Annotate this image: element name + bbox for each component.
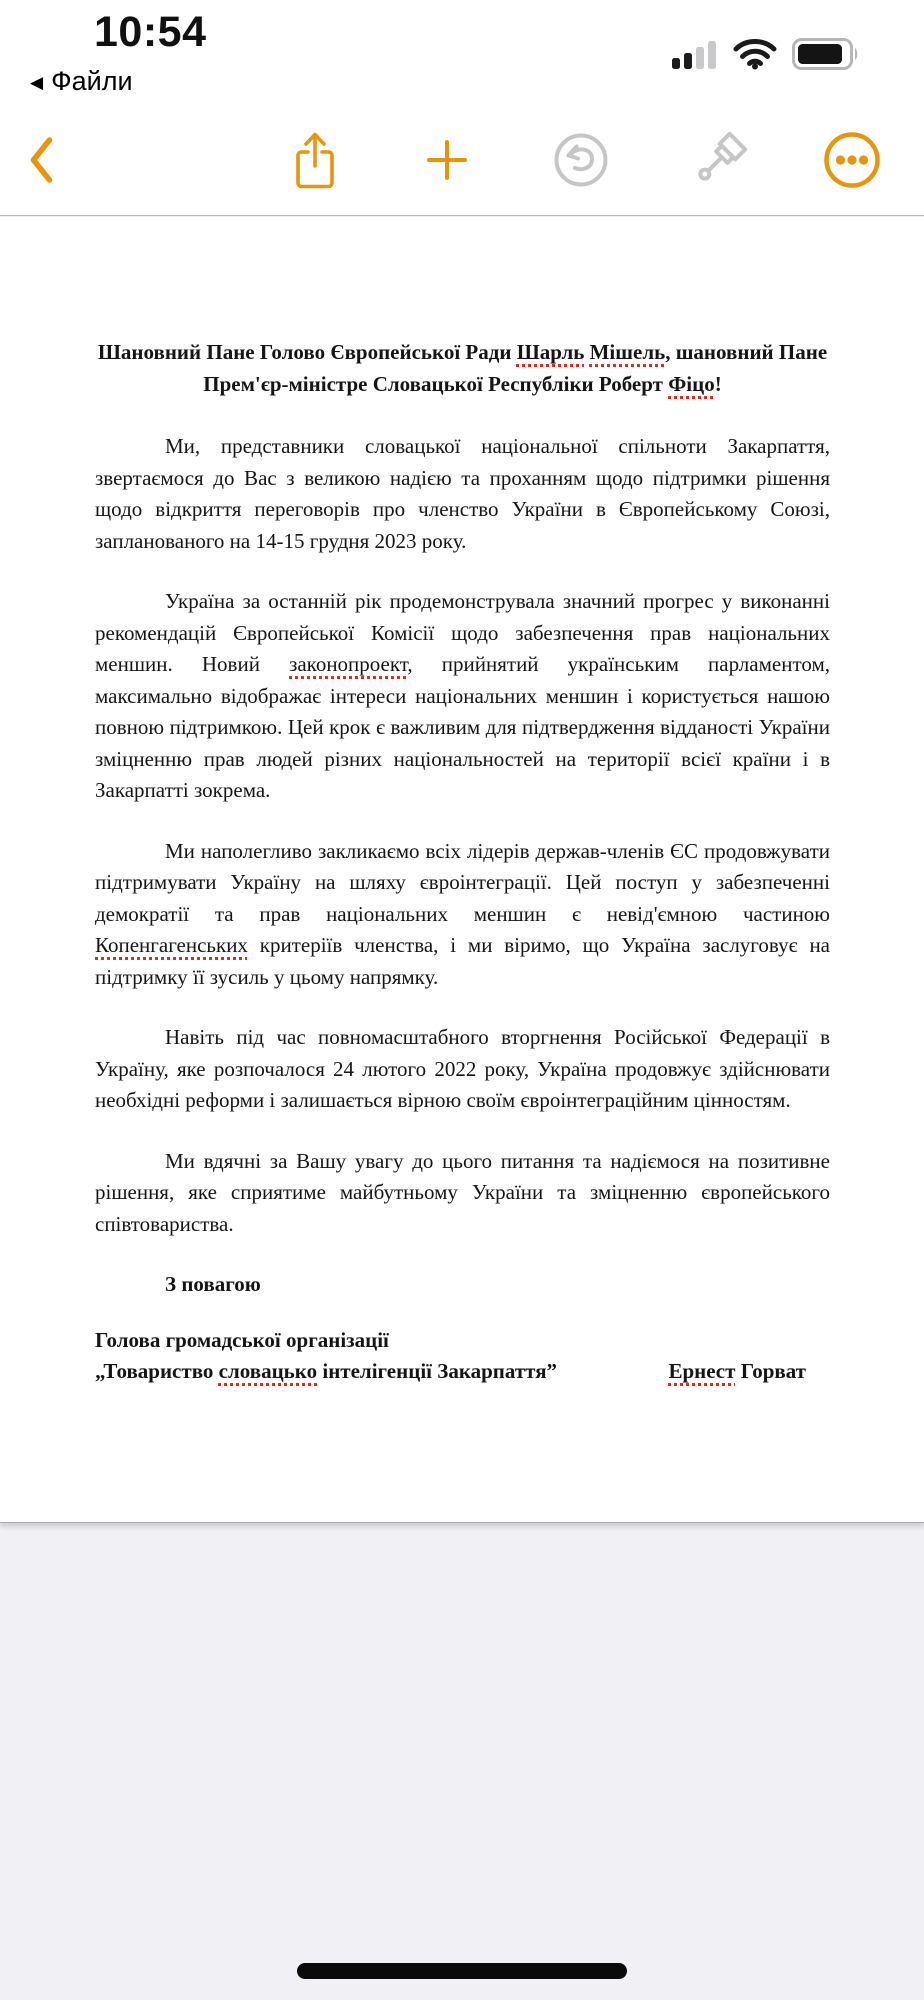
more-ellipsis-icon bbox=[823, 131, 881, 192]
home-indicator[interactable] bbox=[297, 1963, 627, 1979]
add-button[interactable] bbox=[418, 130, 476, 194]
letter-paragraph: Навіть під час повномасштабного вторгнен… bbox=[95, 1022, 830, 1117]
letter-paragraph: Ми наполегливо закликаємо всіх лідерів д… bbox=[95, 836, 830, 994]
letter-paragraph: Україна за останній рік продемонструвала… bbox=[95, 586, 830, 807]
wifi-icon bbox=[733, 38, 777, 75]
letter-closing: З повагою bbox=[95, 1269, 830, 1301]
status-icons bbox=[672, 38, 860, 75]
plus-icon bbox=[426, 139, 468, 184]
undo-button[interactable] bbox=[552, 130, 610, 194]
back-to-files-link[interactable]: ◀ Файли bbox=[30, 66, 133, 97]
letter-paragraph: Ми вдячні за Вашу увагу до цього питання… bbox=[95, 1146, 830, 1241]
signature-role: Голова громадської організації bbox=[95, 1325, 830, 1357]
back-to-files-label: Файли bbox=[51, 66, 132, 97]
status-time: 10:54 bbox=[94, 8, 206, 57]
letter-paragraph: Ми, представники словацької національної… bbox=[95, 431, 830, 557]
toolbar bbox=[0, 108, 924, 216]
cellular-signal-icon bbox=[672, 38, 718, 75]
more-button[interactable] bbox=[823, 130, 881, 194]
letter-body: Шановний Пане Голово Європейської Ради Ш… bbox=[0, 217, 924, 1388]
share-icon bbox=[293, 130, 337, 193]
signature-organization: „Товариство словацько інтелігенції Закар… bbox=[95, 1356, 557, 1388]
battery-icon bbox=[792, 38, 860, 75]
letter-heading: Шановний Пане Голово Європейської Ради Ш… bbox=[95, 337, 830, 400]
iphone-screen: 10:54 ◀ Файли bbox=[0, 0, 924, 2000]
back-triangle-icon: ◀ bbox=[30, 74, 43, 91]
share-button[interactable] bbox=[286, 130, 344, 194]
undo-icon bbox=[553, 132, 609, 191]
back-button[interactable] bbox=[12, 130, 70, 194]
format-brush-button[interactable] bbox=[690, 130, 748, 194]
status-bar: 10:54 ◀ Файли bbox=[0, 0, 924, 108]
signature-name: Ернест Горват bbox=[668, 1356, 806, 1388]
back-chevron-icon bbox=[28, 136, 54, 187]
signature-block: Голова громадської організації „Товарист… bbox=[95, 1325, 830, 1388]
document-page[interactable]: Шановний Пане Голово Європейської Ради Ш… bbox=[0, 217, 924, 1523]
format-brush-icon bbox=[690, 128, 748, 195]
